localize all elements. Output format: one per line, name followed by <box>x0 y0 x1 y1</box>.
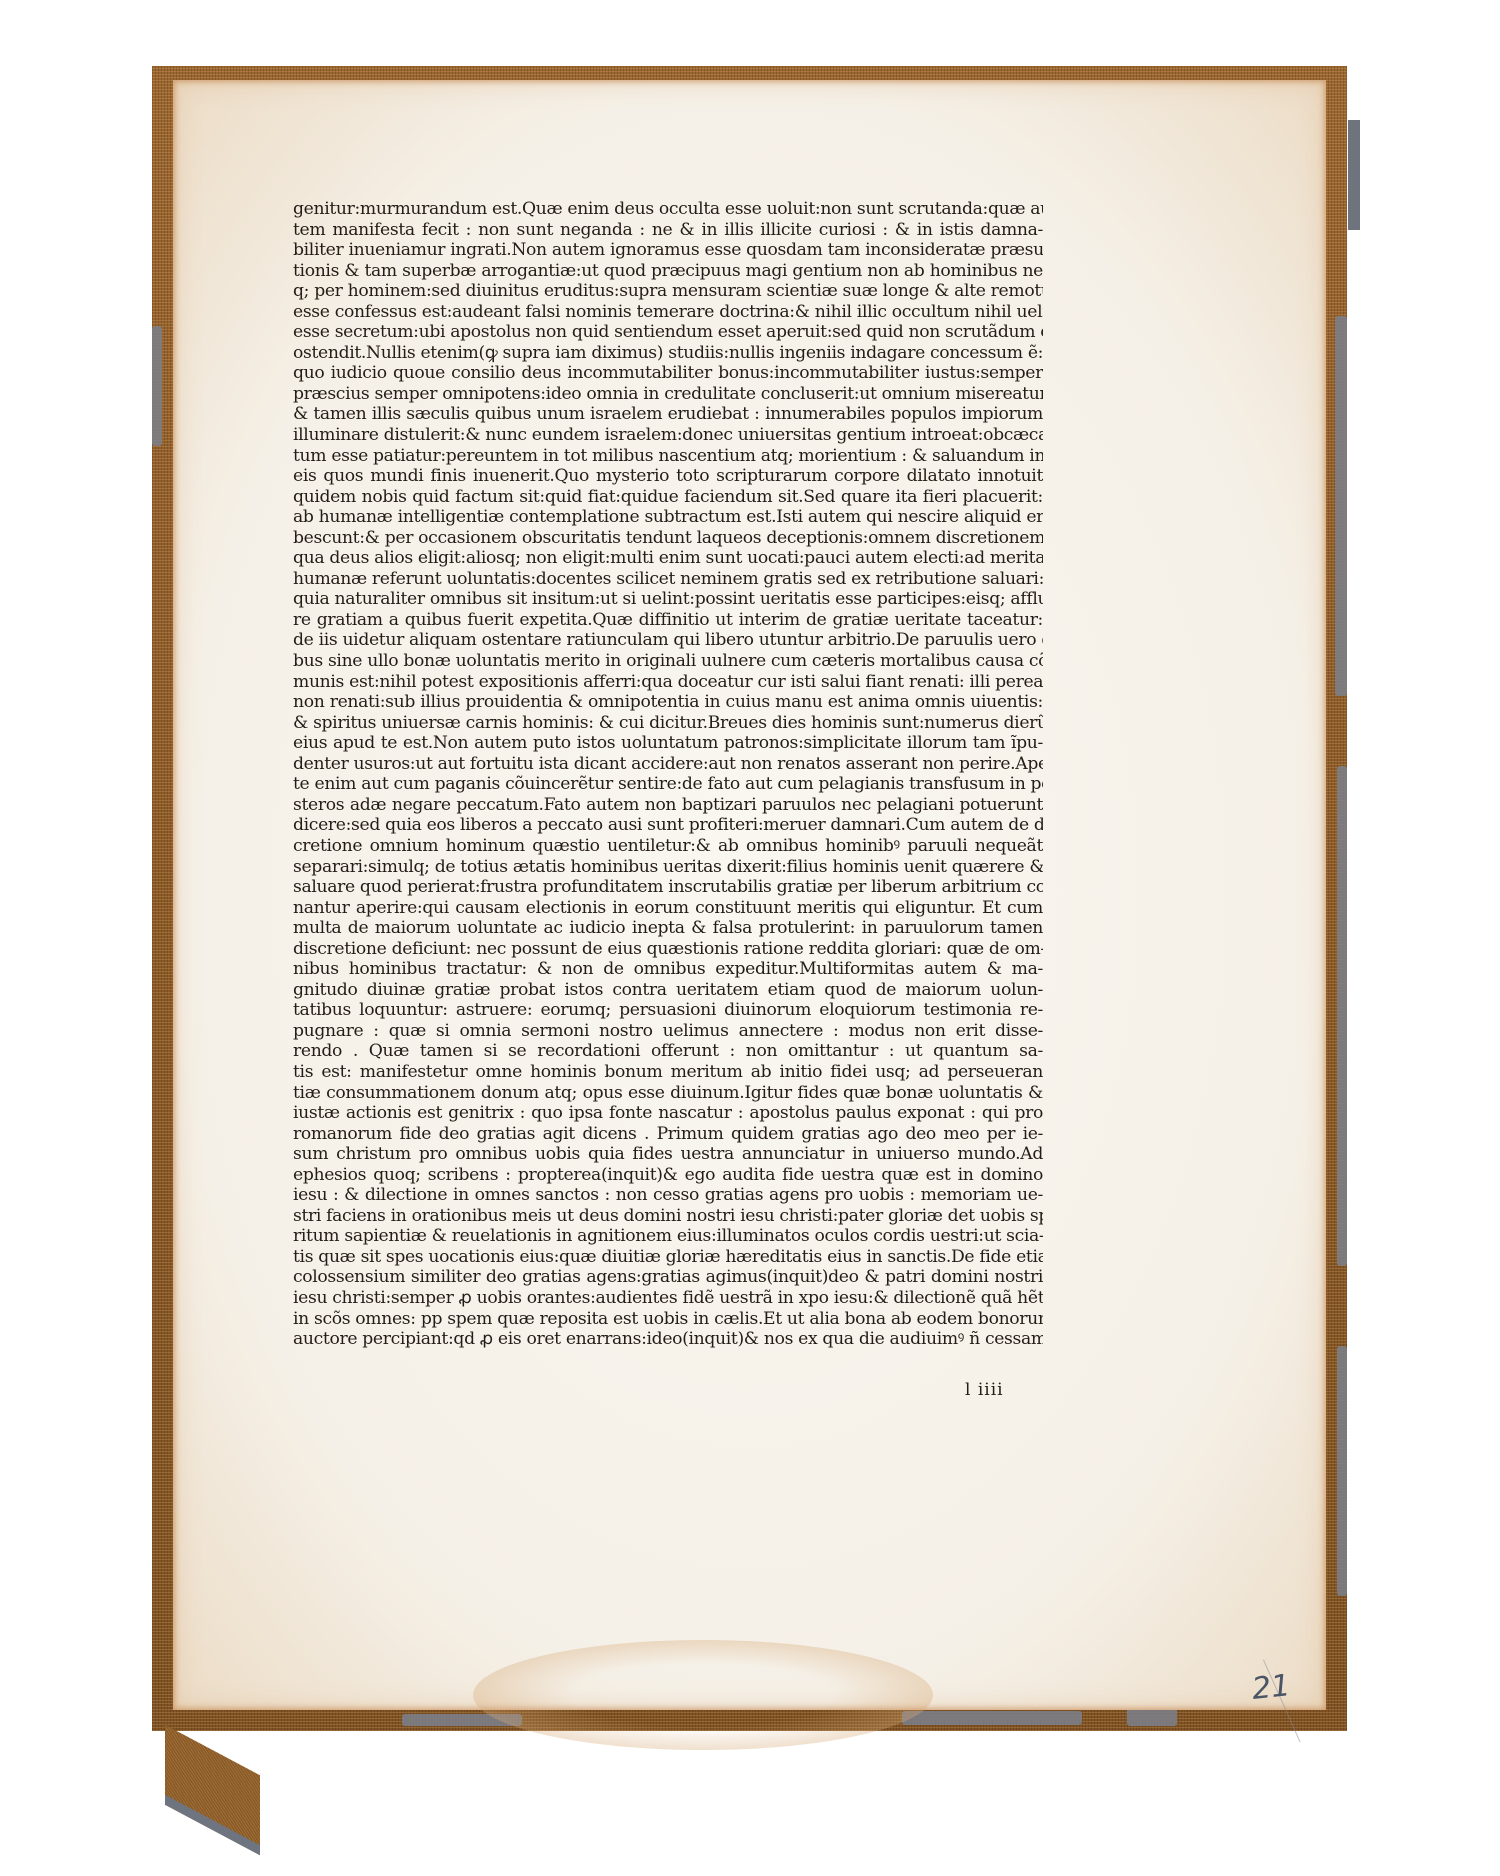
board-wear-patch <box>1337 1346 1347 1596</box>
text-line: de iis uidetur aliquam ostentare ratiunc… <box>293 630 1043 651</box>
text-line: eius apud te est.Non autem puto istos uo… <box>293 733 1043 754</box>
text-line: tiæ consummationem donum atq; opus esse … <box>293 1083 1043 1104</box>
text-line: non renati:sub illius prouidentia & omni… <box>293 692 1043 713</box>
water-stain <box>473 1640 933 1750</box>
text-line: iustæ actionis est genitrix : quo ipsa f… <box>293 1103 1043 1124</box>
text-line: re gratiam a quibus fuerit expetita.Quæ … <box>293 610 1043 631</box>
text-line: romanorum fide deo gratias agit dicens .… <box>293 1124 1043 1145</box>
text-line: quia naturaliter omnibus sit insitum:ut … <box>293 589 1043 610</box>
text-line: iesu : & dilectione in omnes sanctos : n… <box>293 1185 1043 1206</box>
text-line: colossensium similiter deo gratias agens… <box>293 1267 1043 1288</box>
text-line: nibus hominibus tractatur: & non de omni… <box>293 959 1043 980</box>
text-line: auctore percipiant:qd ꝓ eis oret enarran… <box>293 1329 1043 1350</box>
handwritten-folio-number: 21 <box>1250 1668 1292 1707</box>
text-line: quidem nobis quid factum sit:quid fiat:q… <box>293 487 1043 508</box>
text-line: illuminare distulerit:& nunc eundem isra… <box>293 425 1043 446</box>
board-torn-corner-flap <box>165 1725 260 1856</box>
text-line: te enim aut cum paganis cõuincerẽtur sen… <box>293 774 1043 795</box>
signature-mark: l iiii <box>965 1380 1004 1400</box>
text-line: tatibus loquuntur: astruere: eorumq; per… <box>293 1000 1043 1021</box>
text-line: iesu christi:semper ꝓ uobis orantes:audi… <box>293 1288 1043 1309</box>
text-line: steros adæ negare peccatum.Fato autem no… <box>293 795 1043 816</box>
text-line: quo iudicio quoue consilio deus incommut… <box>293 363 1043 384</box>
printed-text-block: genitur:murmurandum est.Quæ enim deus oc… <box>293 199 1043 1350</box>
text-line: esse secretum:ubi apostolus non quid sen… <box>293 322 1043 343</box>
text-line: ephesios quoq; scribens : propterea(inqu… <box>293 1165 1043 1186</box>
text-line: discretione deficiunt: nec possunt de ei… <box>293 939 1043 960</box>
text-line: ritum sapientiæ & reuelationis in agniti… <box>293 1226 1043 1247</box>
text-line: & tamen illis sæculis quibus unum israel… <box>293 404 1043 425</box>
text-line: ab humanæ intelligentiæ contemplatione s… <box>293 507 1043 528</box>
board-wear-patch <box>1335 316 1347 696</box>
text-line: tem manifesta fecit : non sunt neganda :… <box>293 220 1043 241</box>
board-wear-patch <box>902 1711 1082 1725</box>
text-line: tum esse patiatur:pereuntem in tot milib… <box>293 446 1043 467</box>
text-line: bus sine ullo bonæ uoluntatis merito in … <box>293 651 1043 672</box>
text-line: separari:simulq; de totius ætatis homini… <box>293 857 1043 878</box>
text-line: gnitudo diuinæ gratiæ probat istos contr… <box>293 980 1043 1001</box>
text-line: tis est: manifestetur omne hominis bonum… <box>293 1062 1043 1083</box>
text-line: qua deus alios eligit:aliosq; non eligit… <box>293 548 1043 569</box>
text-line: q; per hominem:sed diuinitus eruditus:su… <box>293 281 1043 302</box>
text-line: saluare quod perierat:frustra profundita… <box>293 877 1043 898</box>
board-wear-patch <box>152 326 162 446</box>
text-line: eis quos mundi finis inuenerit.Quo myste… <box>293 466 1043 487</box>
text-line: genitur:murmurandum est.Quæ enim deus oc… <box>293 199 1043 220</box>
text-line: esse confessus est:audeant falsi nominis… <box>293 302 1043 323</box>
text-line: rendo . Quæ tamen si se recordationi off… <box>293 1041 1043 1062</box>
text-line: ostendit.Nullis etenim(ꝙ supra iam dixim… <box>293 343 1043 364</box>
text-line: munis est:nihil potest expositionis affe… <box>293 672 1043 693</box>
text-line: bescunt:& per occasionem obscuritatis te… <box>293 528 1043 549</box>
text-line: præscius semper omnipotens:ideo omnia in… <box>293 384 1043 405</box>
board-torn-notch <box>1348 120 1360 230</box>
text-line: sum christum pro omnibus uobis quia fide… <box>293 1144 1043 1165</box>
text-line: multa de maiorum uoluntate ac iudicio in… <box>293 918 1043 939</box>
text-line: & spiritus uniuersæ carnis hominis: & cu… <box>293 713 1043 734</box>
text-line: denter usuros:ut aut fortuitu ista dican… <box>293 754 1043 775</box>
text-line: biliter inueniamur ingrati.Non autem ign… <box>293 240 1043 261</box>
board-wear-patch <box>1337 766 1347 1266</box>
text-line: tis quæ sit spes uocationis eius:quæ diu… <box>293 1247 1043 1268</box>
text-line: cretione omnium hominum quæstio uentilet… <box>293 836 1043 857</box>
text-line: stri faciens in orationibus meis ut deus… <box>293 1206 1043 1227</box>
text-line: nantur aperire:qui causam electionis in … <box>293 898 1043 919</box>
text-line: pugnare : quæ si omnia sermoni nostro ue… <box>293 1021 1043 1042</box>
text-line: in scõs omnes: pp spem quæ reposita est … <box>293 1309 1043 1330</box>
text-line: humanæ referunt uoluntatis:docentes scil… <box>293 569 1043 590</box>
text-line: tionis & tam superbæ arrogantiæ:ut quod … <box>293 261 1043 282</box>
text-line: dicere:sed quia eos liberos a peccato au… <box>293 815 1043 836</box>
